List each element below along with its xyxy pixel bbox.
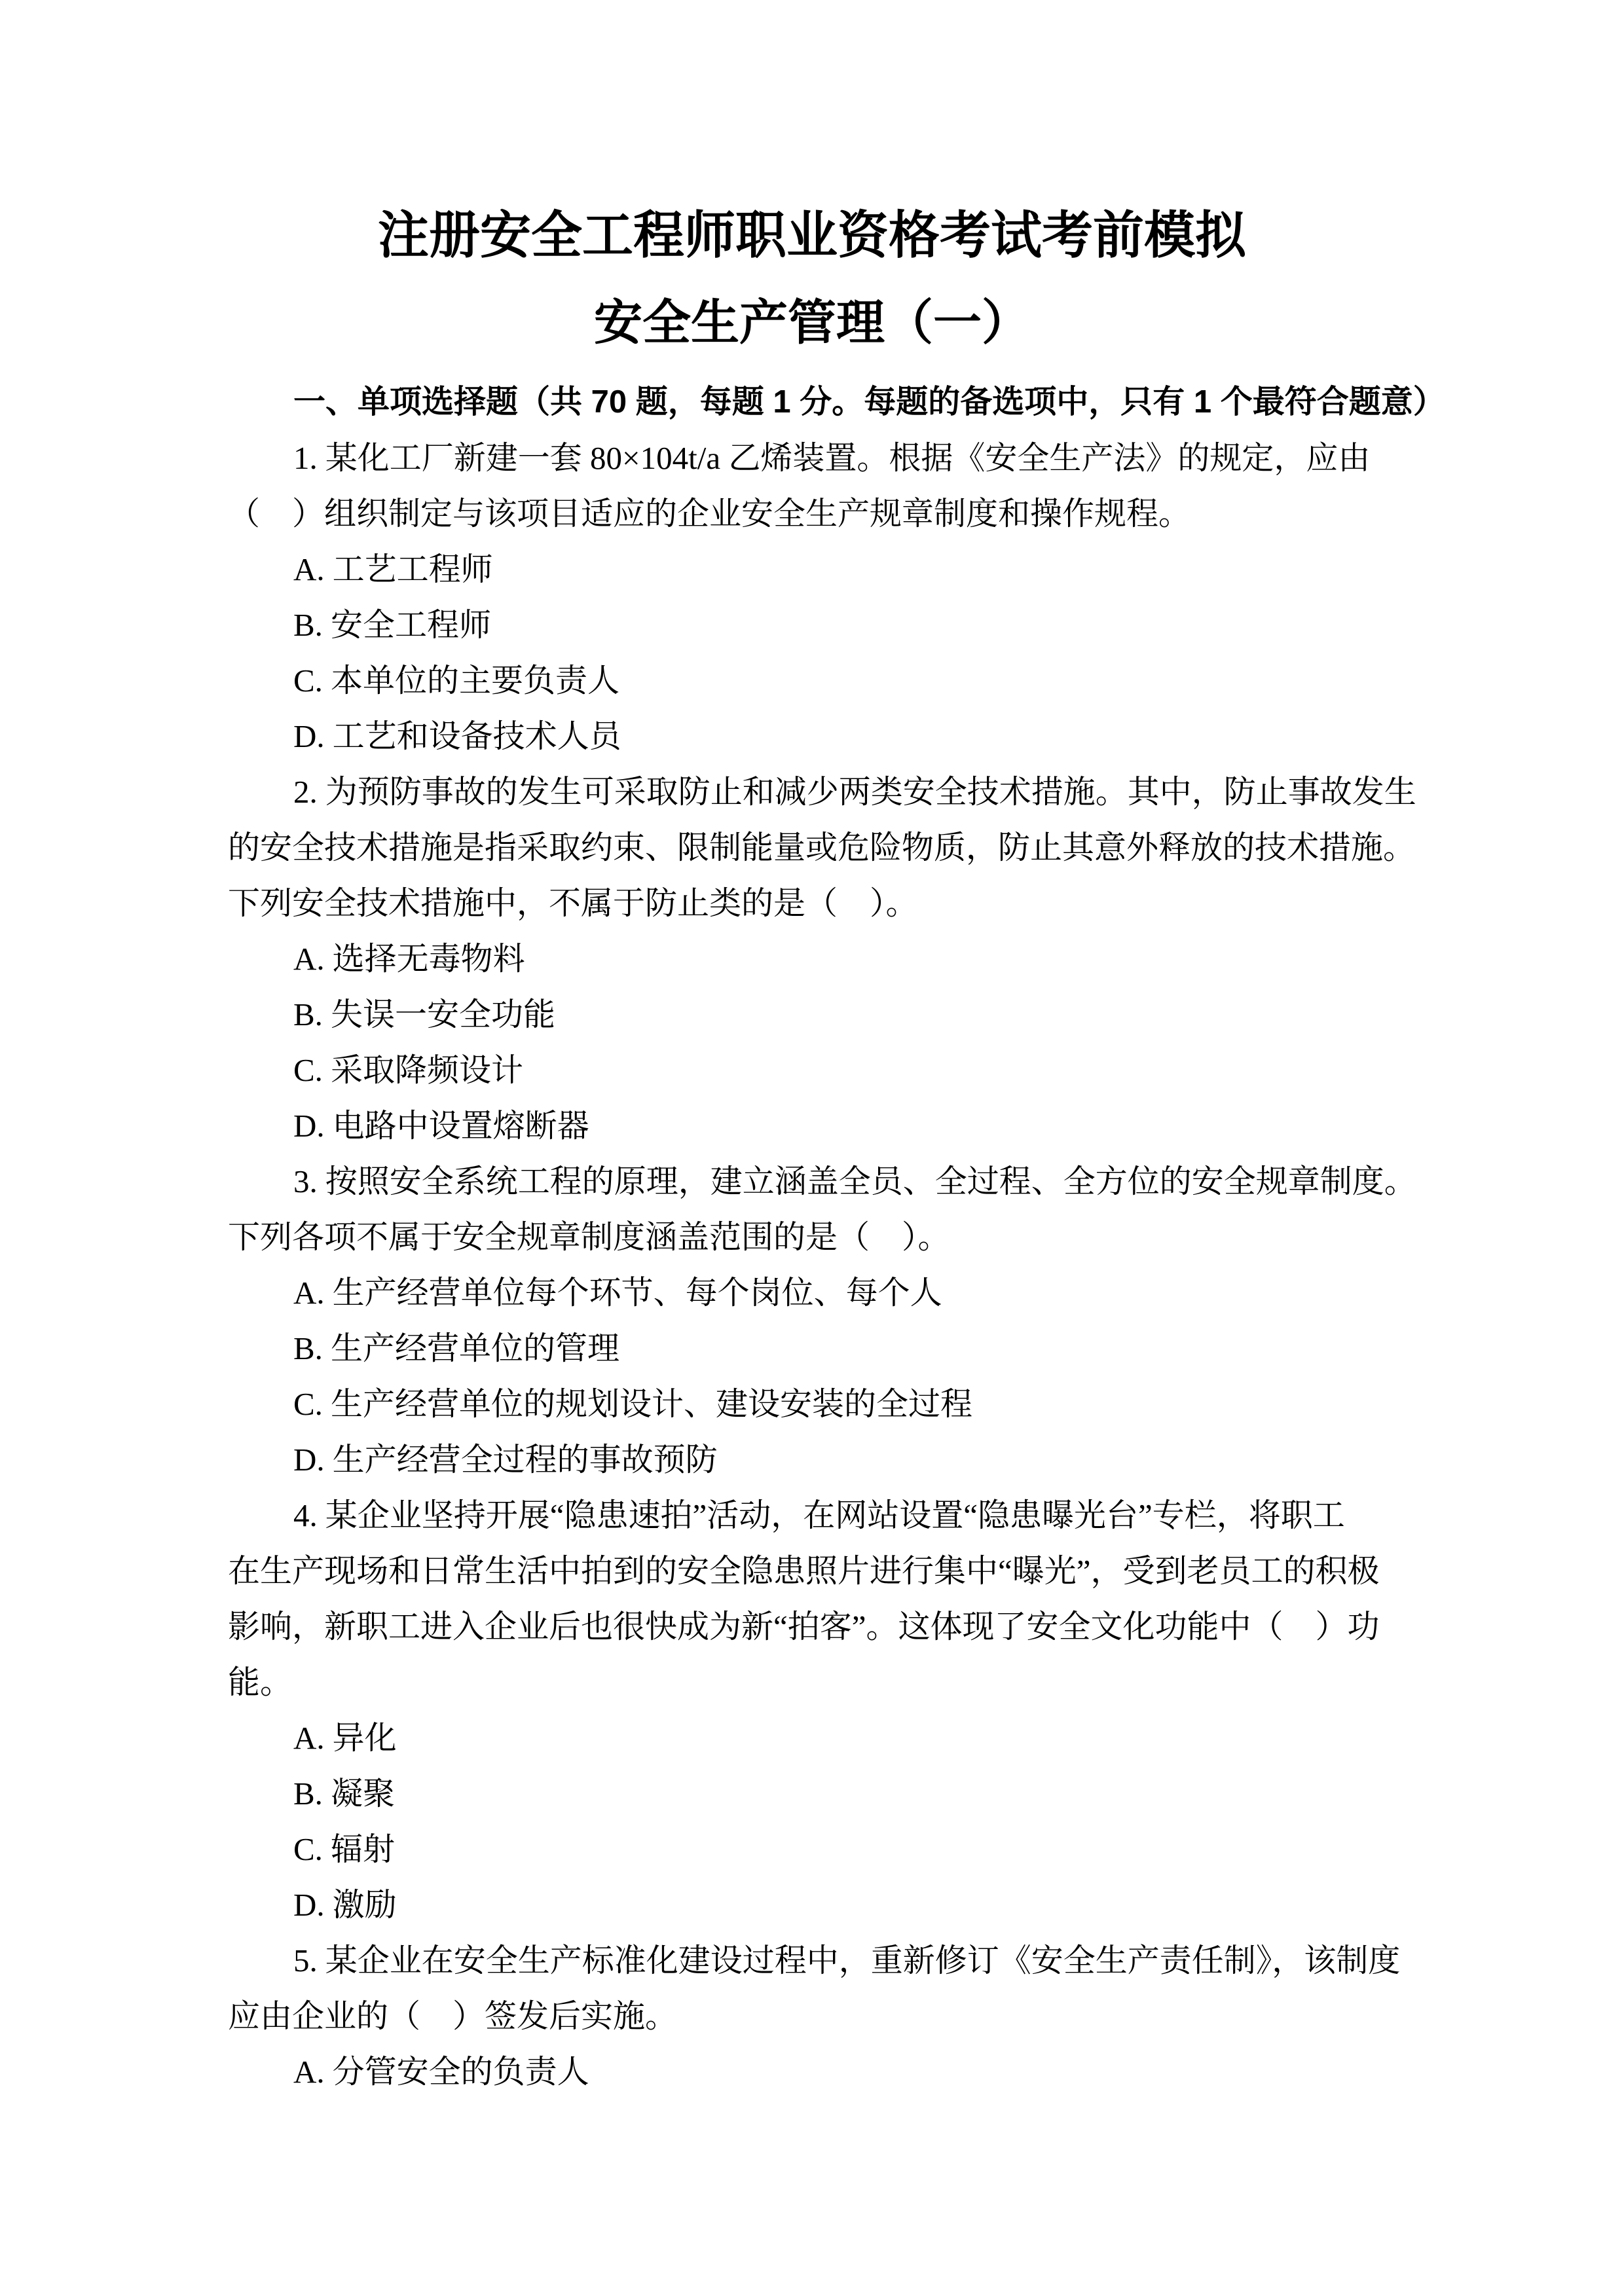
option-line: D.激励 [228,1877,1396,1933]
question-stem-line: 应由企业的（ ）签发后实施。 [228,1988,1396,2044]
line-prefix: A. [293,551,325,587]
option-line: B.失误一安全功能 [228,987,1396,1042]
question-stem-line: 能。 [228,1654,1396,1710]
line-prefix: B. [293,607,323,643]
option-line: B.安全工程师 [228,597,1396,653]
question-5: 5.某企业在安全生产标准化建设过程中，重新修订《安全生产责任制》，该制度应由企业… [228,1933,1396,2100]
line-prefix: A. [293,941,325,977]
option-line: D.电路中设置熔断器 [228,1098,1396,1154]
section-heading: 一、单项选择题（共 70 题，每题 1 分。每题的备选项中，只有 1 个最符合题… [228,374,1396,430]
line-prefix: B. [293,996,323,1032]
document-title: 注册安全工程师职业资格考试考前模拟 [228,204,1396,266]
question-3: 3.按照安全系统工程的原理，建立涵盖全员、全过程、全方位的安全规章制度。下列各项… [228,1154,1396,1487]
option-line: C.辐射 [228,1821,1396,1877]
question-stem-line: （ ）组织制定与该项目适应的企业安全生产规章制度和操作规程。 [228,486,1396,541]
question-stem-line: 3.按照安全系统工程的原理，建立涵盖全员、全过程、全方位的安全规章制度。 [228,1154,1396,1209]
line-prefix: D. [293,718,325,754]
option-line: D.生产经营全过程的事故预防 [228,1432,1396,1487]
line-prefix: A. [293,1275,325,1311]
question-stem-line: 的安全技术措施是指采取约束、限制能量或危险物质，防止其意外释放的技术措施。 [228,820,1396,875]
line-prefix: D. [293,1108,325,1144]
line-prefix: 1. [293,440,318,476]
line-prefix: D. [293,1442,325,1478]
question-stem-line: 2.为预防事故的发生可采取防止和减少两类安全技术措施。其中，防止事故发生 [228,764,1396,820]
line-prefix: 5. [293,1942,318,1978]
question-stem-line: 影响，新职工进入企业后也很快成为新“拍客”。这体现了安全文化功能中（ ）功 [228,1599,1396,1654]
option-line: C.生产经营单位的规划设计、建设安装的全过程 [228,1376,1396,1432]
option-line: A.分管安全的负责人 [228,2044,1396,2100]
question-4: 4.某企业坚持开展“隐患速拍”活动，在网站设置“隐患曝光台”专栏，将职工在生产现… [228,1487,1396,1933]
line-prefix: B. [293,1776,323,1812]
option-line: C.本单位的主要负责人 [228,653,1396,708]
question-stem-line: 5.某企业在安全生产标准化建设过程中，重新修订《安全生产责任制》，该制度 [228,1933,1396,1988]
line-prefix: C. [293,1831,323,1867]
line-prefix: 4. [293,1497,318,1533]
option-line: A.异化 [228,1710,1396,1766]
option-line: A.选择无毒物料 [228,931,1396,987]
question-stem-line: 在生产现场和日常生活中拍到的安全隐患照片进行集中“曝光”，受到老员工的积极 [228,1543,1396,1599]
line-prefix: A. [293,2054,325,2090]
question-stem-line: 下列安全技术措施中，不属于防止类的是（ ）。 [228,875,1396,931]
option-line: B.凝聚 [228,1766,1396,1821]
line-prefix: 3. [293,1163,318,1199]
document-page: 注册安全工程师职业资格考试考前模拟 安全生产管理（一） 一、单项选择题（共 70… [0,0,1624,2296]
line-prefix: D. [293,1887,325,1923]
option-line: C.采取降频设计 [228,1042,1396,1098]
option-line: B.生产经营单位的管理 [228,1321,1396,1376]
line-prefix: B. [293,1330,323,1366]
line-prefix: C. [293,1052,323,1088]
document-subtitle: 安全生产管理（一） [228,293,1396,355]
question-stem-line: 4.某企业坚持开展“隐患速拍”活动，在网站设置“隐患曝光台”专栏，将职工 [228,1487,1396,1543]
option-line: A.工艺工程师 [228,541,1396,597]
option-line: D.工艺和设备技术人员 [228,708,1396,764]
question-stem-line: 1.某化工厂新建一套 80×104t/a 乙烯装置。根据《安全生产法》的规定，应… [228,430,1396,486]
line-prefix: 2. [293,774,318,810]
question-stem-line: 下列各项不属于安全规章制度涵盖范围的是（ ）。 [228,1209,1396,1265]
line-prefix: C. [293,663,323,699]
option-line: A.生产经营单位每个环节、每个岗位、每个人 [228,1265,1396,1321]
question-2: 2.为预防事故的发生可采取防止和减少两类安全技术措施。其中，防止事故发生的安全技… [228,764,1396,1154]
questions-container: 1.某化工厂新建一套 80×104t/a 乙烯装置。根据《安全生产法》的规定，应… [228,430,1396,2100]
line-prefix: A. [293,1720,325,1756]
line-prefix: C. [293,1386,323,1422]
question-1: 1.某化工厂新建一套 80×104t/a 乙烯装置。根据《安全生产法》的规定，应… [228,430,1396,764]
